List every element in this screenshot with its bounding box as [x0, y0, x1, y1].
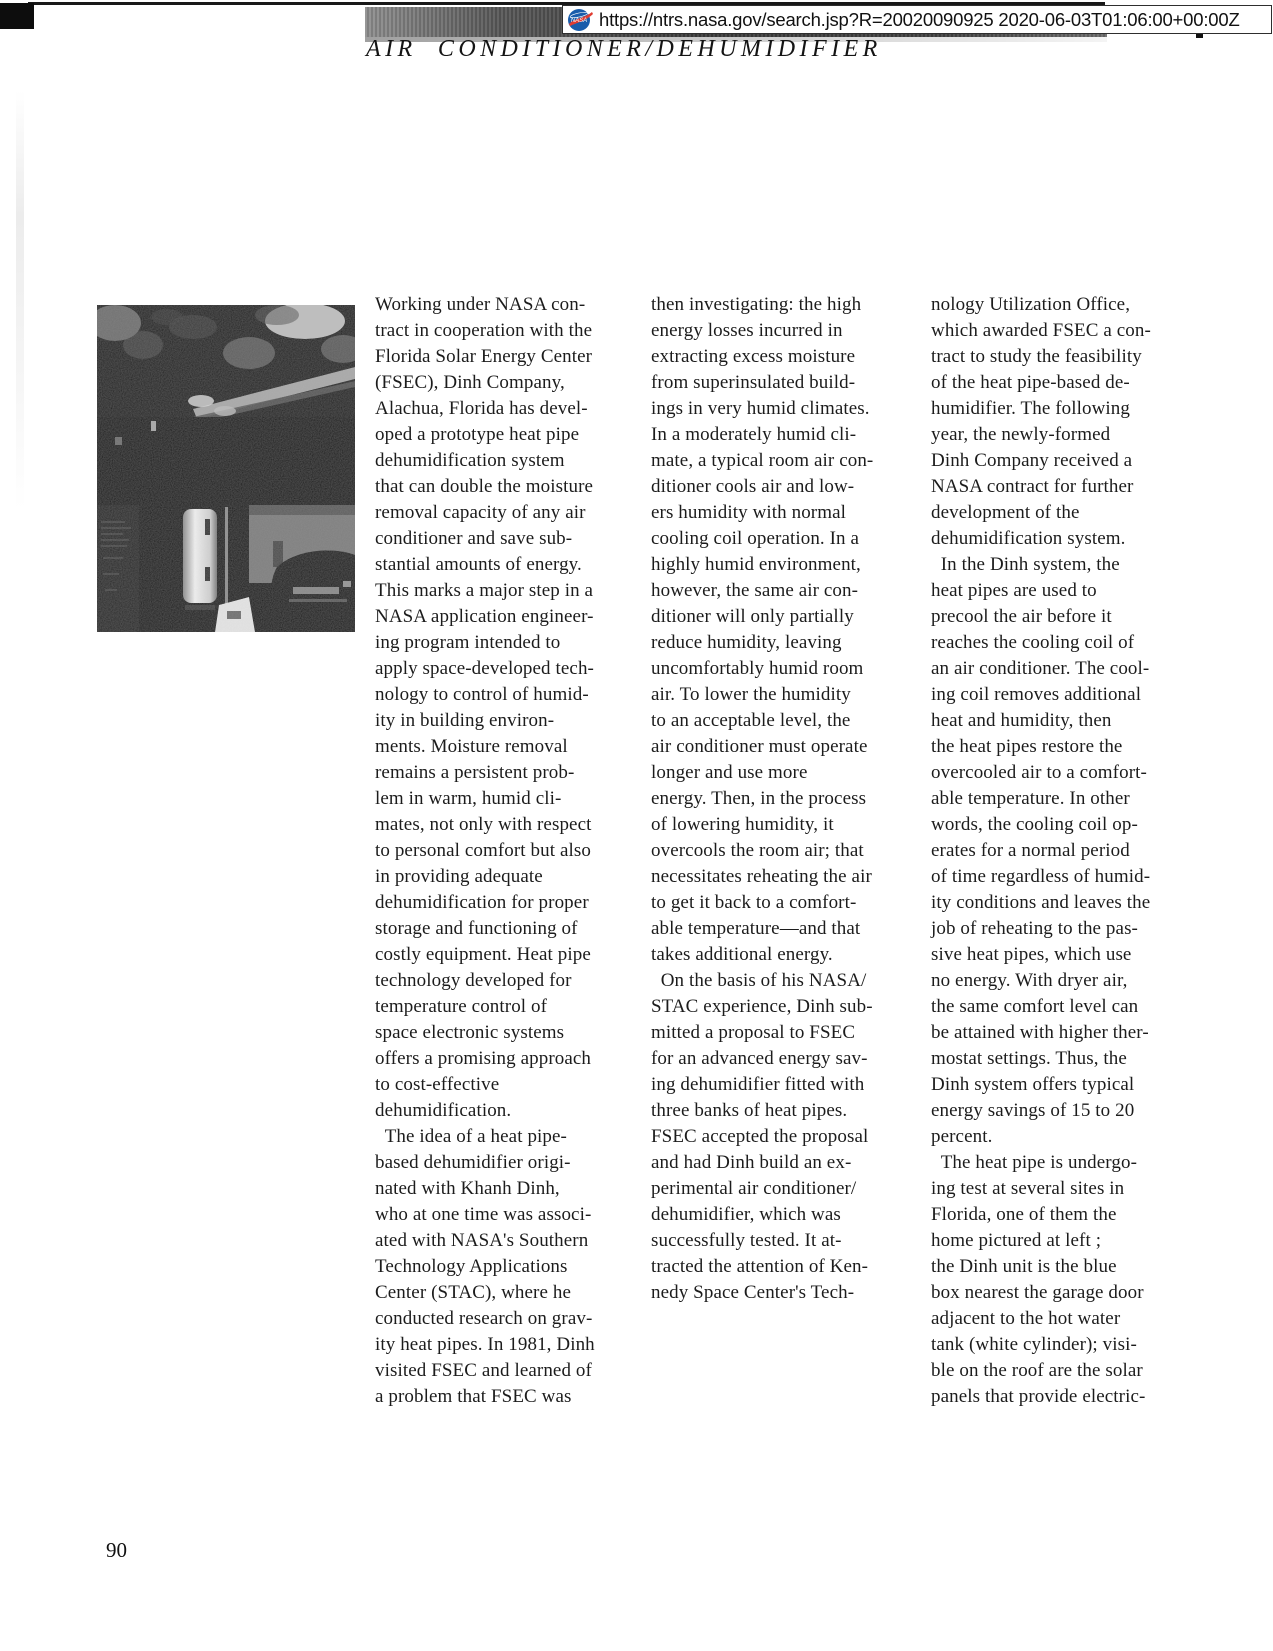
page-number: 90	[106, 1538, 127, 1563]
ntrs-url-link[interactable]: https://ntrs.nasa.gov/search.jsp?R=20020…	[599, 9, 1240, 31]
text-column-2: then investigating: the high energy loss…	[651, 292, 903, 1306]
document-page: NASA https://ntrs.nasa.gov/search.jsp?R=…	[0, 0, 1273, 1651]
scan-streak	[16, 90, 24, 510]
svg-text:NASA: NASA	[571, 18, 587, 24]
ntrs-url-stamp: NASA https://ntrs.nasa.gov/search.jsp?R=…	[562, 5, 1272, 34]
text-column-1: Working under NASA con- tract in coopera…	[375, 292, 627, 1410]
article-photo	[97, 305, 355, 632]
scan-corner-mark	[0, 3, 34, 29]
text-column-3: nology Utilization Office, which awarded…	[931, 292, 1189, 1410]
nasa-logo-icon: NASA	[567, 8, 593, 32]
house-photo-illustration	[97, 305, 355, 632]
article-title: AIR CONDITIONER/DEHUMIDIFIER	[366, 36, 966, 63]
